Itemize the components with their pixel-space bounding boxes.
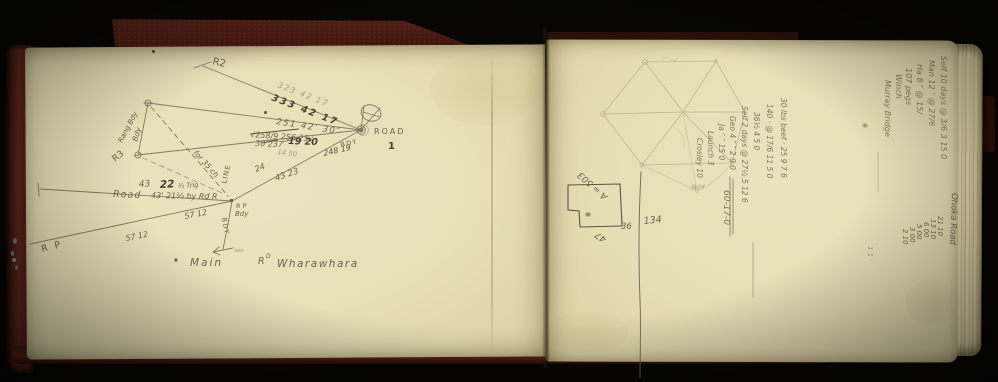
accounts-line: Self 2 days @ 27½ 5 12 6 [740, 106, 749, 203]
accounts-line: 140 · @ 17/6 11 5 0 [765, 104, 774, 179]
accounts-line: Crosley 10 [695, 138, 704, 178]
bdy-vertical-label: BDY [220, 217, 231, 236]
notebook-photo: R2 323 42 17 333 42 17 251 42' 30″ √258/… [0, 0, 998, 382]
r3-label: R3 [111, 149, 127, 164]
figure-43: 43 [139, 179, 151, 190]
pencil-annotations: R2 323 42 17 333 42 17 251 42' 30″ √258/… [0, 0, 998, 382]
road-station-label: ROAD [374, 127, 405, 136]
place-name-wharawhara: Wharawhara [277, 258, 359, 270]
accounts-line: 30 lbs beef · 25 9 7 6 [779, 98, 788, 178]
see-note: see [234, 248, 244, 254]
edge-accounts-block: Self 10 days @ 3/6 3 15 0 Man 12 ″ @ 27/… [883, 56, 948, 159]
edge-accounts-line: 107 pegs [904, 68, 913, 105]
edge-accounts-line: Ha 8 ″ @ 15/ [915, 64, 924, 115]
bdy-junction-label: Bdy [235, 210, 249, 218]
edge-accounts-line: Self 10 days @ 3/6 3 15 0 [939, 56, 948, 159]
accounts-line: 36½ 4 5 0 [752, 112, 761, 151]
station-number: 1 [388, 141, 395, 152]
bearing-19-20: 19 20 [288, 136, 319, 148]
road-abbrev: R [258, 256, 265, 267]
nov-note: Nov [691, 182, 707, 192]
bdy-caps-label: BDY [340, 137, 359, 148]
edge-ledger-block: Ohoka Road 21 10 13 10 6 00 5 00 3 00 2 … [866, 193, 959, 262]
figure-43-21: 43' 21½ by Rd R [151, 191, 218, 201]
road-word-label: Road [113, 189, 142, 201]
line-word-label: LINE [220, 164, 233, 185]
accounts-total: 60-17-0 [721, 190, 731, 225]
edge-accounts-line: Murray Bridge [883, 80, 892, 137]
accounts-block: 30 lbs beef · 25 9 7 6 140 · @ 17/6 11 5… [695, 98, 788, 225]
figure-36: 36 [621, 222, 632, 232]
edge-accounts-line: Winch [894, 74, 903, 99]
plot-sketch-lines [568, 152, 878, 377]
area-label: A = 503 [576, 169, 611, 202]
faint-figures: 14 50 [277, 148, 298, 159]
half-trig-label: ½ Trig [178, 181, 199, 190]
figure-57-12-b: 57 12 [125, 230, 149, 243]
figure-43-23: 43 23 [274, 166, 300, 183]
rp-junction-label: R P [236, 202, 247, 210]
edge-ledger-number: 2 10 [901, 229, 909, 245]
bdy-label: Bdy [130, 126, 143, 143]
for-35-label: for 35 ch [192, 148, 221, 179]
edge-ledger-total: 1 1 · [866, 246, 874, 262]
accounts-line: Geo 4 ″ ″ 2 0 0 [728, 116, 737, 170]
edge-ledger-title: Ohoka Road [947, 193, 959, 246]
accounts-line: Ja ″ ″ 15 0 [717, 122, 726, 160]
figure-47: 47 [593, 229, 608, 244]
line-label-r2: R2 [211, 56, 227, 70]
main-road-word-1: Main [190, 257, 223, 269]
edge-accounts-line: Man 12 ″ @ 27/6 [927, 60, 936, 126]
figure-134: 134 [643, 214, 662, 227]
figure-22-bold: 22 [160, 178, 175, 191]
figure-57-12-a: 57 12 [184, 208, 208, 221]
accounts-line: Launch 3 [706, 131, 715, 166]
figure-24: 24 [253, 162, 266, 174]
road-abbrev-superscript: D [266, 253, 271, 260]
